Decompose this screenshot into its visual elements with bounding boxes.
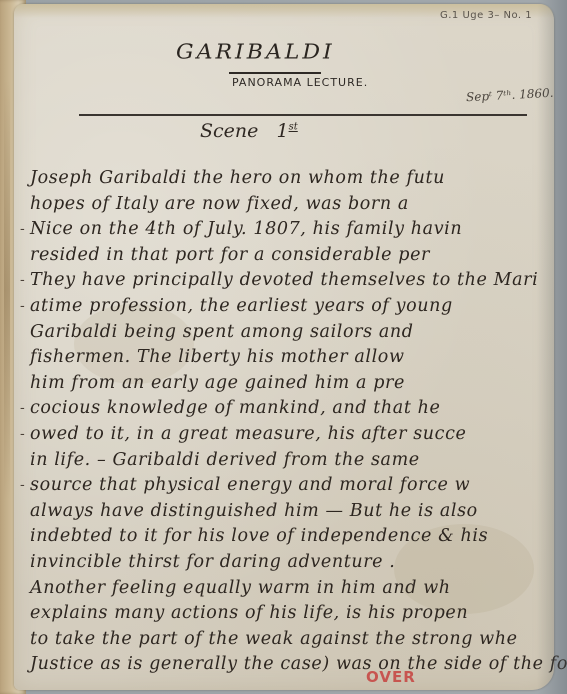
margin-dash-mark: -	[20, 294, 25, 320]
archival-reference-note: G.1 Uge 3– No. 1	[440, 10, 532, 21]
body-line: owed to it, in a great measure, his afte…	[30, 422, 560, 448]
body-line: atime profession, the earliest years of …	[30, 294, 560, 320]
margin-dash-mark: -	[20, 473, 25, 499]
over-stamp: OVER	[366, 668, 416, 686]
body-line: explains many actions of his life, is hi…	[30, 601, 560, 627]
body-line: fishermen. The liberty his mother allow	[30, 345, 560, 371]
body-line: cocious knowledge of mankind, and that h…	[30, 396, 560, 422]
body-line: hopes of Italy are now fixed, was born a	[30, 192, 560, 218]
document-subtitle: PANORAMA LECTURE.	[232, 76, 368, 89]
body-line: Garibaldi being spent among sailors and	[30, 320, 560, 346]
margin-dash-mark: -	[20, 268, 25, 294]
margin-dash-mark: -	[20, 422, 25, 448]
margin-dash-mark: -	[20, 396, 25, 422]
scene-suffix: st	[289, 122, 298, 133]
body-line: source that physical energy and moral fo…	[30, 473, 560, 499]
body-line: in life. – Garibaldi derived from the sa…	[30, 448, 560, 474]
body-line: always have distinguished him — But he i…	[30, 499, 560, 525]
margin-dash-mark: -	[20, 217, 25, 243]
title-underline	[229, 72, 321, 74]
body-line: Nice on the 4th of July. 1807, his famil…	[30, 217, 560, 243]
body-line: resided in that port for a considerable …	[30, 243, 560, 269]
header-divider	[79, 114, 527, 116]
body-line: invincible thirst for daring adventure .	[30, 550, 560, 576]
body-line: Joseph Garibaldi the hero on whom the fu…	[30, 166, 560, 192]
scene-label: Scene	[200, 120, 258, 142]
scene-heading: Scene 1st	[200, 120, 298, 142]
manuscript-scan: G.1 Uge 3– No. 1 GARIBALDI PANORAMA LECT…	[0, 0, 567, 694]
body-line: Justice as is generally the case) was on…	[30, 652, 560, 678]
document-title: GARIBALDI	[176, 41, 335, 65]
manuscript-body: Joseph Garibaldi the hero on whom the fu…	[30, 166, 560, 678]
scene-number: 1	[277, 120, 289, 142]
body-line: Another feeling equally warm in him and …	[30, 576, 560, 602]
body-line: They have principally devoted themselves…	[30, 268, 560, 294]
body-line: indebted to it for his love of independe…	[30, 524, 560, 550]
body-line: him from an early age gained him a pre	[30, 371, 560, 397]
body-line: to take the part of the weak against the…	[30, 627, 560, 653]
